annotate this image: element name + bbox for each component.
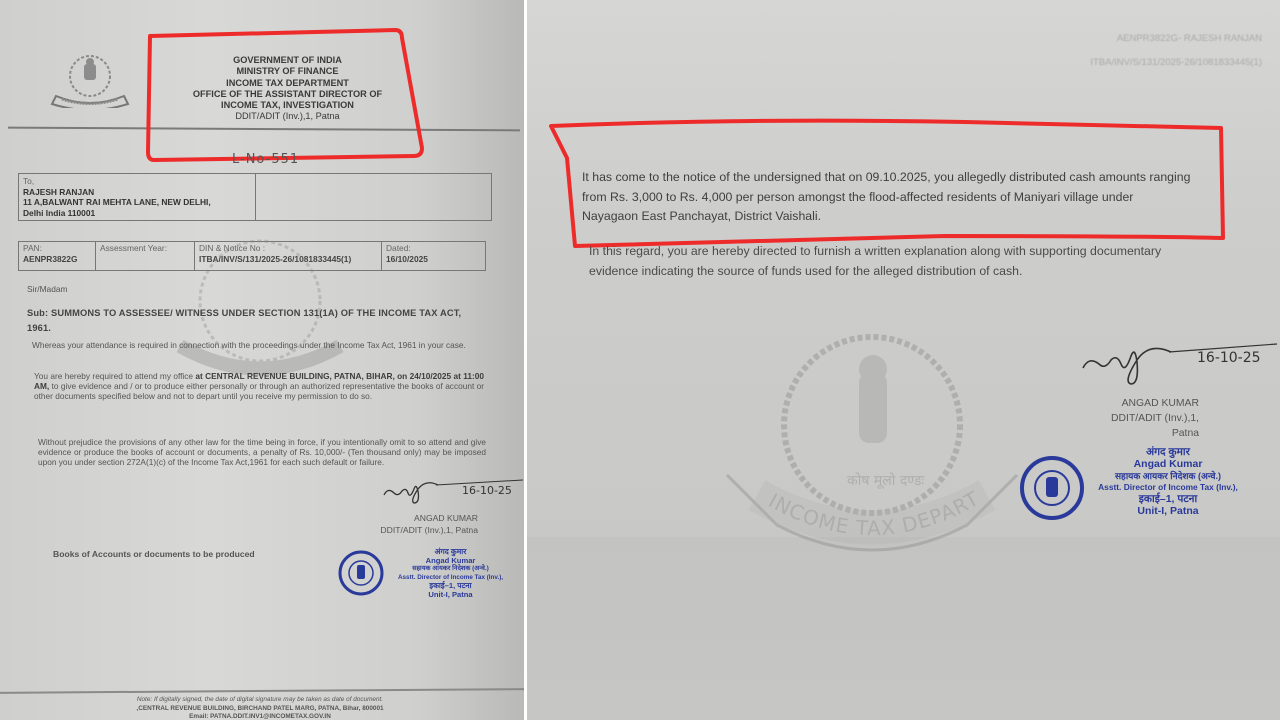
stamp-hindi-title: सहायक आयकर निदेशक (अन्वे.) [388,565,513,574]
income-tax-department-emblem-icon: कोष मूलो दण्डः INCOME TAX DEPARTMENT [707,325,1037,585]
footer-note: Note: If digitally signed, the date of d… [60,696,460,705]
svg-text:INCOME TAX DEPARTMENT: INCOME TAX DEPARTMENT [707,325,984,540]
dated-label: Dated: [386,243,481,254]
signer-office: DDIT/ADIT (Inv.),1, Patna [360,524,478,536]
footer-email: Email: PATNA.DDIT.INV1@INCOMETAX.GOV.IN [60,713,460,720]
stamp-unit: Unit-I, Patna [1087,506,1249,518]
addressee-blank-cell [256,174,491,220]
addressee-name: RAJESH RANJAN [23,187,251,198]
pan-value: AENPR3822G [23,254,91,265]
to-label: To, [23,176,251,187]
highlighted-allegation-paragraph: It has come to the notice of the undersi… [582,168,1192,227]
faded-page-header: AENPR3822G- RAJESH RANJAN ITBA/INV/S/131… [1022,27,1262,75]
paragraph-summons: You are hereby required to attend my off… [34,371,484,401]
red-highlight-annotation [140,28,435,168]
stamp-hindi-title: सहायक आयकर निदेशक (अन्वे.) [1087,471,1249,483]
signer-block: ANGAD KUMAR DDIT/ADIT (Inv.),1, Patna [1087,396,1199,441]
salutation: Sir/Madam [27,284,68,294]
signer-name: ANGAD KUMAR [360,512,478,524]
addressee-address: 11 A,BALWANT RAI MEHTA LANE, NEW DELHI, [23,197,251,208]
pan-label: PAN: [23,243,91,254]
summons-text: You are hereby required to attend my off… [34,371,195,381]
document-footer: Note: If digitally signed, the date of d… [60,696,460,720]
paragraph-penalty: Without prejudice the provisions of any … [38,437,486,467]
official-stamp: अंगद कुमार Angad Kumar सहायक आयकर निदेशक… [338,548,518,608]
addressee-address: Delhi India 110001 [23,208,251,219]
emblem-banner-text: INCOME TAX DEPARTMENT [707,325,984,540]
explanation-directive-paragraph: In this regard, you are hereby directed … [589,242,1199,281]
dated-cell: Dated: 16/10/2025 [382,242,485,270]
stamp-name: Angad Kumar [1087,459,1249,471]
signature-icon: 16-10-25 [1077,338,1280,388]
pan-cell: PAN: AENPR3822G [19,242,96,270]
income-tax-emblem-icon [48,52,132,108]
addressee-box: To, RAJESH RANJAN 11 A,BALWANT RAI MEHTA… [18,173,492,221]
signer-block: ANGAD KUMAR DDIT/ADIT (Inv.),1, Patna [360,512,478,536]
subject-line: Sub: SUMMONS TO ASSESSEE/ WITNESS UNDER … [27,306,482,336]
stamp-unit: Unit-I, Patna [388,591,513,600]
handwritten-reference: L-No-551 [232,152,299,167]
signature-date: 16-10-25 [462,484,512,497]
emblem-motto: कोष मूलो दण्डः [847,472,925,489]
summons-page-2: AENPR3822G- RAJESH RANJAN ITBA/INV/S/131… [527,0,1280,720]
round-seal-icon [338,550,384,596]
faded-header-din: ITBA/INV/S/131/2025-26/1081833445(1) [1022,51,1262,75]
footer-divider [0,688,524,694]
footer-address: ,CENTRAL REVENUE BUILDING, BIRCHAND PATE… [60,705,460,714]
faded-header-pan: AENPR3822G- RAJESH RANJAN [1022,27,1262,51]
books-heading: Books of Accounts or documents to be pro… [53,549,255,559]
signer-name: ANGAD KUMAR [1087,396,1199,411]
round-seal-icon [1019,455,1085,521]
paragraph-attendance: Whereas your attendance is required in c… [32,340,482,350]
signer-office: DDIT/ADIT (Inv.),1, Patna [1087,411,1199,441]
stamp-name: Angad Kumar [388,557,513,566]
summons-page-1: GOVERNMENT OF INDIA MINISTRY OF FINANCE … [0,0,524,720]
signature-icon: 16-10-25 [378,477,524,505]
summons-text: to give evidence and / or to produce eit… [34,381,484,401]
dated-value: 16/10/2025 [386,254,481,265]
official-stamp: अंगद कुमार Angad Kumar सहायक आयकर निदेशक… [1019,445,1249,529]
signature-date: 16-10-25 [1197,350,1261,366]
